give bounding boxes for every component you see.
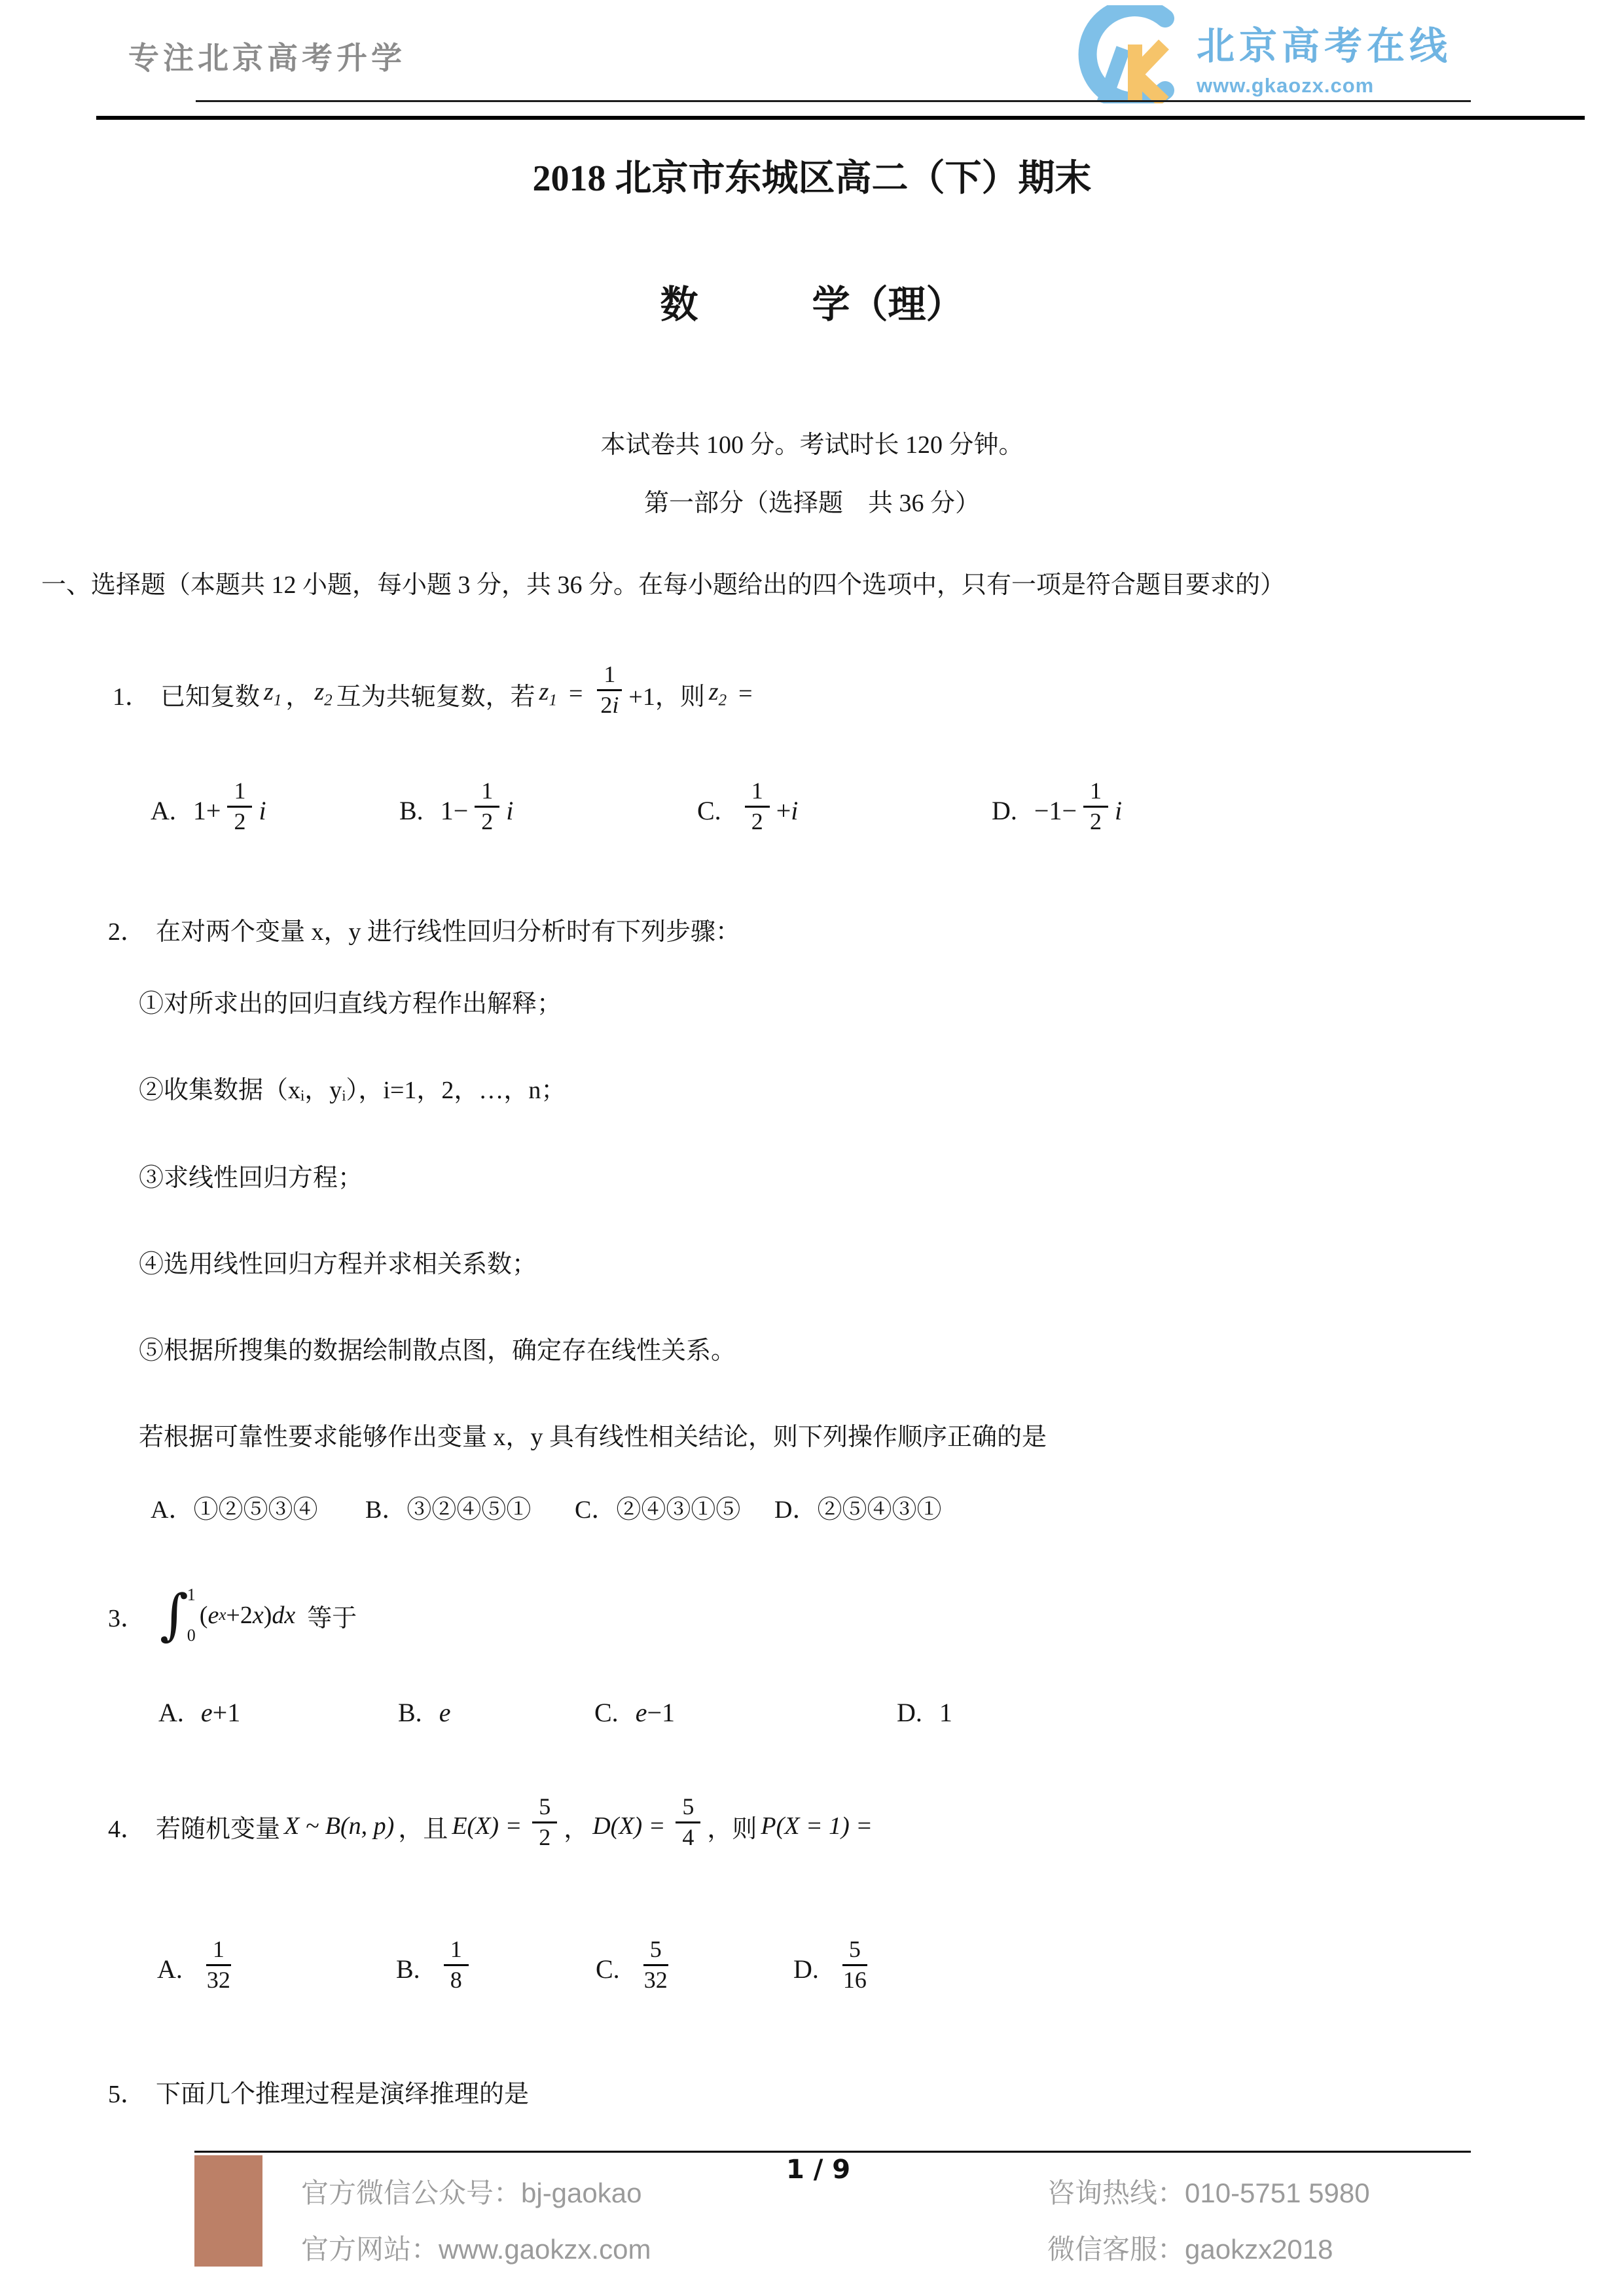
footer-hotline: 咨询热线：010-5751 5980	[1047, 2172, 1370, 2211]
footer-right-column: 咨询热线：010-5751 5980 微信客服：gaokzx2018	[1047, 2172, 1370, 2284]
gk-logo-icon	[1066, 5, 1183, 107]
header-tagline: 专注北京高考升学	[128, 34, 406, 78]
q2-option-a: A．①②⑤③④	[151, 1480, 317, 1533]
q2-step-1: ①对所求出的回归直线方程作出解释；	[139, 983, 562, 1019]
q4-number: 4．	[108, 1808, 145, 1844]
question-3-stem: 3． ∫ 10 (ex+2x)dx 等于	[108, 1576, 357, 1655]
part1-heading: 第一部分（选择题 共 36 分）	[0, 482, 1624, 518]
exam-title: 2018 北京市东城区高二（下）期末	[0, 149, 1624, 202]
q2-note: 若根据可靠性要求能够作出变量 x，y 具有线性相关结论，则下列操作顺序正确的是	[139, 1416, 1047, 1452]
q3-option-c: C.e−1	[594, 1686, 675, 1738]
q2-option-b: B．③②④⑤①	[365, 1480, 531, 1533]
q4-option-a: A. 132	[157, 1923, 238, 2015]
section1-intro: 一、选择题（本题共 12 小题，每小题 3 分，共 36 分。在每小题给出的四个…	[41, 564, 1285, 600]
q2-number: 2．	[108, 918, 145, 946]
question-1-stem: 1． 已知复数 z1 ， z2 互为共轭复数，若 z1 = 12i +1，则 z…	[113, 651, 761, 736]
site-logo: 北京高考在线 www.gkaozx.com	[1066, 5, 1452, 107]
question-4-stem: 4． 若随机变量 X ~ B(n, p) ，且 E(X) = 52 ， D(X)…	[108, 1784, 876, 1869]
q1-text: 已知复数	[160, 676, 260, 712]
header-rule-thin	[196, 100, 1471, 102]
q2-option-c: C．②④③①⑤	[575, 1480, 740, 1533]
q1-option-c: C. 12 +i	[697, 764, 798, 856]
q4-options: A. 132 B. 18 C. 532 D. 516	[0, 1923, 1624, 2015]
q2-step-5: ⑤根据所搜集的数据绘制散点图，确定存在线性关系。	[139, 1330, 736, 1366]
q1-option-b: B.1− 12 i	[399, 764, 513, 856]
q2-step-2: ②收集数据（xᵢ，yᵢ），i=1，2，…，n；	[139, 1069, 566, 1105]
footer-wechat-service: 微信客服：gaokzx2018	[1047, 2228, 1370, 2267]
q2-step-3: ③求线性回归方程；	[139, 1157, 363, 1193]
q3-options: A.e+1 B.e C.e−1 D.1	[0, 1686, 1624, 1738]
q1-options: A.1+ 12 i B.1− 12 i C. 12 +i D.−1− 12 i	[0, 764, 1624, 856]
q4-option-b: B. 18	[396, 1923, 475, 2015]
exam-info: 本试卷共 100 分。考试时长 120 分钟。	[0, 424, 1624, 460]
q3-option-d: D.1	[897, 1686, 952, 1738]
q4-option-d: D. 516	[793, 1923, 874, 2015]
page-number: 1 / 9	[746, 2155, 890, 2185]
q2-step-4: ④选用线性回归方程并求相关系数；	[139, 1244, 537, 1280]
q3-number: 3．	[108, 1598, 145, 1634]
footer-wechat-account: 官方微信公众号：bj-gaokao	[301, 2172, 651, 2211]
header-rule-thick	[96, 116, 1585, 120]
q1-number: 1．	[113, 676, 150, 712]
brand-name: 北京高考在线	[1197, 15, 1452, 70]
q4-option-c: C. 532	[596, 1923, 675, 2015]
q4-fraction-1: 52	[532, 1795, 557, 1850]
q3-option-b: B.e	[398, 1686, 450, 1738]
question-2-stem: 2．在对两个变量 x，y 进行线性回归分析时有下列步骤：	[108, 911, 740, 947]
q3-option-a: A.e+1	[158, 1686, 240, 1738]
q1-option-a: A.1+ 12 i	[151, 764, 266, 856]
footer-site: 官方网站：www.gaokzx.com	[301, 2228, 651, 2267]
exam-subject: 数 学（理）	[0, 274, 1624, 329]
q2-option-d: D．②⑤④③①	[774, 1480, 941, 1533]
brand-url: www.gkaozx.com	[1197, 74, 1452, 98]
exam-page: 专注北京高考升学 北京高考在线 www.gkaozx.com 2018 北京市东…	[0, 0, 1624, 2296]
q4-fraction-2: 54	[676, 1795, 700, 1850]
q3-integral: ∫ 10	[160, 1585, 196, 1645]
q2-options: A．①②⑤③④ B．③②④⑤① C．②④③①⑤ D．②⑤④③①	[0, 1480, 1624, 1533]
q1-option-d: D.−1− 12 i	[992, 764, 1122, 856]
footer-left-column: 官方微信公众号：bj-gaokao 官方网站：www.gaokzx.com	[301, 2172, 651, 2284]
question-5-stem: 5．下面几个推理过程是演绎推理的是	[108, 2073, 529, 2109]
q1-fraction: 12i	[597, 662, 622, 718]
q5-number: 5．	[108, 2081, 145, 2108]
footer-accent-block	[194, 2155, 262, 2267]
footer-rule	[194, 2151, 1471, 2153]
